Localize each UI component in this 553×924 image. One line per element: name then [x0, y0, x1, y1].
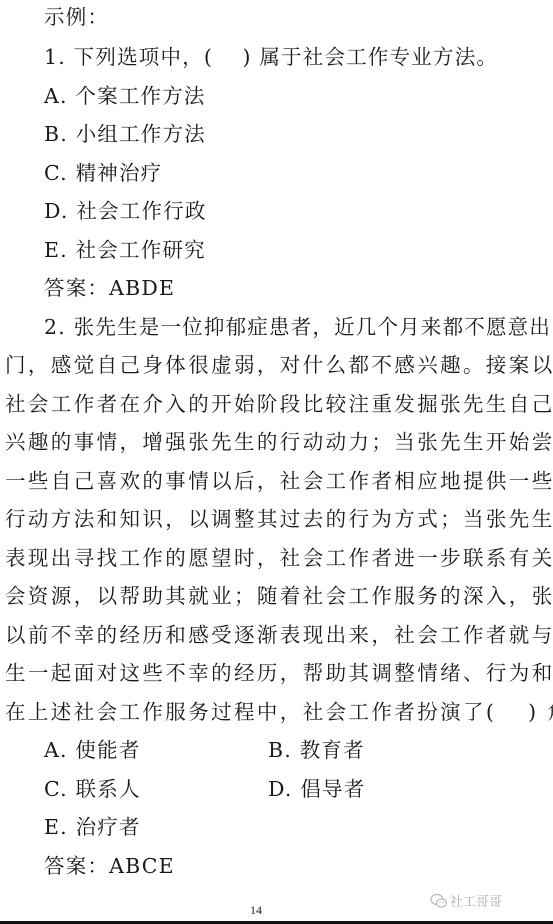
q2-line-4: 一些自己喜欢的事情以后，社会工作者相应地提供一些新的: [5, 468, 553, 494]
q1-stem: 1. 下列选项中，( ) 属于社会工作专业方法。: [44, 44, 498, 70]
q1-option-d: D. 社会工作行政: [44, 198, 207, 224]
q2-answer: 答案：ABCE: [44, 853, 175, 879]
q2-line-7: 会资源，以帮助其就业；随着社会工作服务的深入，张先生: [5, 583, 553, 609]
q1-option-c: C. 精神治疗: [44, 160, 162, 186]
watermark: 社工哥哥: [430, 891, 502, 910]
q2-option-row-2: C. 联系人 D. 倡导者: [44, 776, 141, 802]
q1-option-b: B. 小组工作方法: [44, 121, 206, 147]
q2-line-9: 生一起面对这些不幸的经历，帮助其调整情绪、行为和认知.: [5, 660, 553, 686]
q2-line-10: 在上述社会工作服务过程中，社会工作者扮演了( ) 角色。: [5, 699, 553, 725]
q2-option-e: E. 治疗者: [44, 814, 141, 840]
q2-line-6: 表现出寻找工作的愿望时，社会工作者进一步联系有关的社: [5, 545, 553, 571]
q2-option-row-1: A. 使能者 B. 教育者: [44, 737, 141, 763]
watermark-text: 社工哥哥: [450, 891, 502, 910]
q2-line-5: 行动方法和知识，以调整其过去的行为方式；当张先生开始: [5, 506, 553, 532]
page-number: 14: [250, 903, 262, 918]
q2-line-3: 兴趣的事情，增强张先生的行动动力；当张先生开始尝试做: [5, 429, 553, 455]
q1-answer: 答案：ABDE: [44, 275, 175, 301]
q2-option-c: C. 联系人: [44, 777, 141, 801]
q1-option-a: A. 个案工作方法: [44, 83, 206, 109]
q1-option-e: E. 社会工作研究: [44, 237, 206, 263]
q2-line-0: 2. 张先生是一位抑郁症患者，近几个月来都不愿意出: [44, 314, 551, 340]
q2-line-1: 门，感觉自己身体很虚弱，对什么都不感兴趣。接案以后，: [5, 352, 553, 378]
q2-option-b: B. 教育者: [268, 737, 365, 763]
wechat-icon: [430, 893, 448, 909]
q2-option-a: A. 使能者: [44, 738, 141, 762]
q2-line-8: 以前不幸的经历和感受逐渐表现出来，社会工作者就与张先: [5, 622, 553, 648]
q2-line-2: 社会工作者在介入的开始阶段比较注重发掘张先生自己感: [5, 391, 553, 417]
q2-option-d: D. 倡导者: [268, 776, 365, 802]
intro-label: 示例：: [44, 4, 109, 30]
